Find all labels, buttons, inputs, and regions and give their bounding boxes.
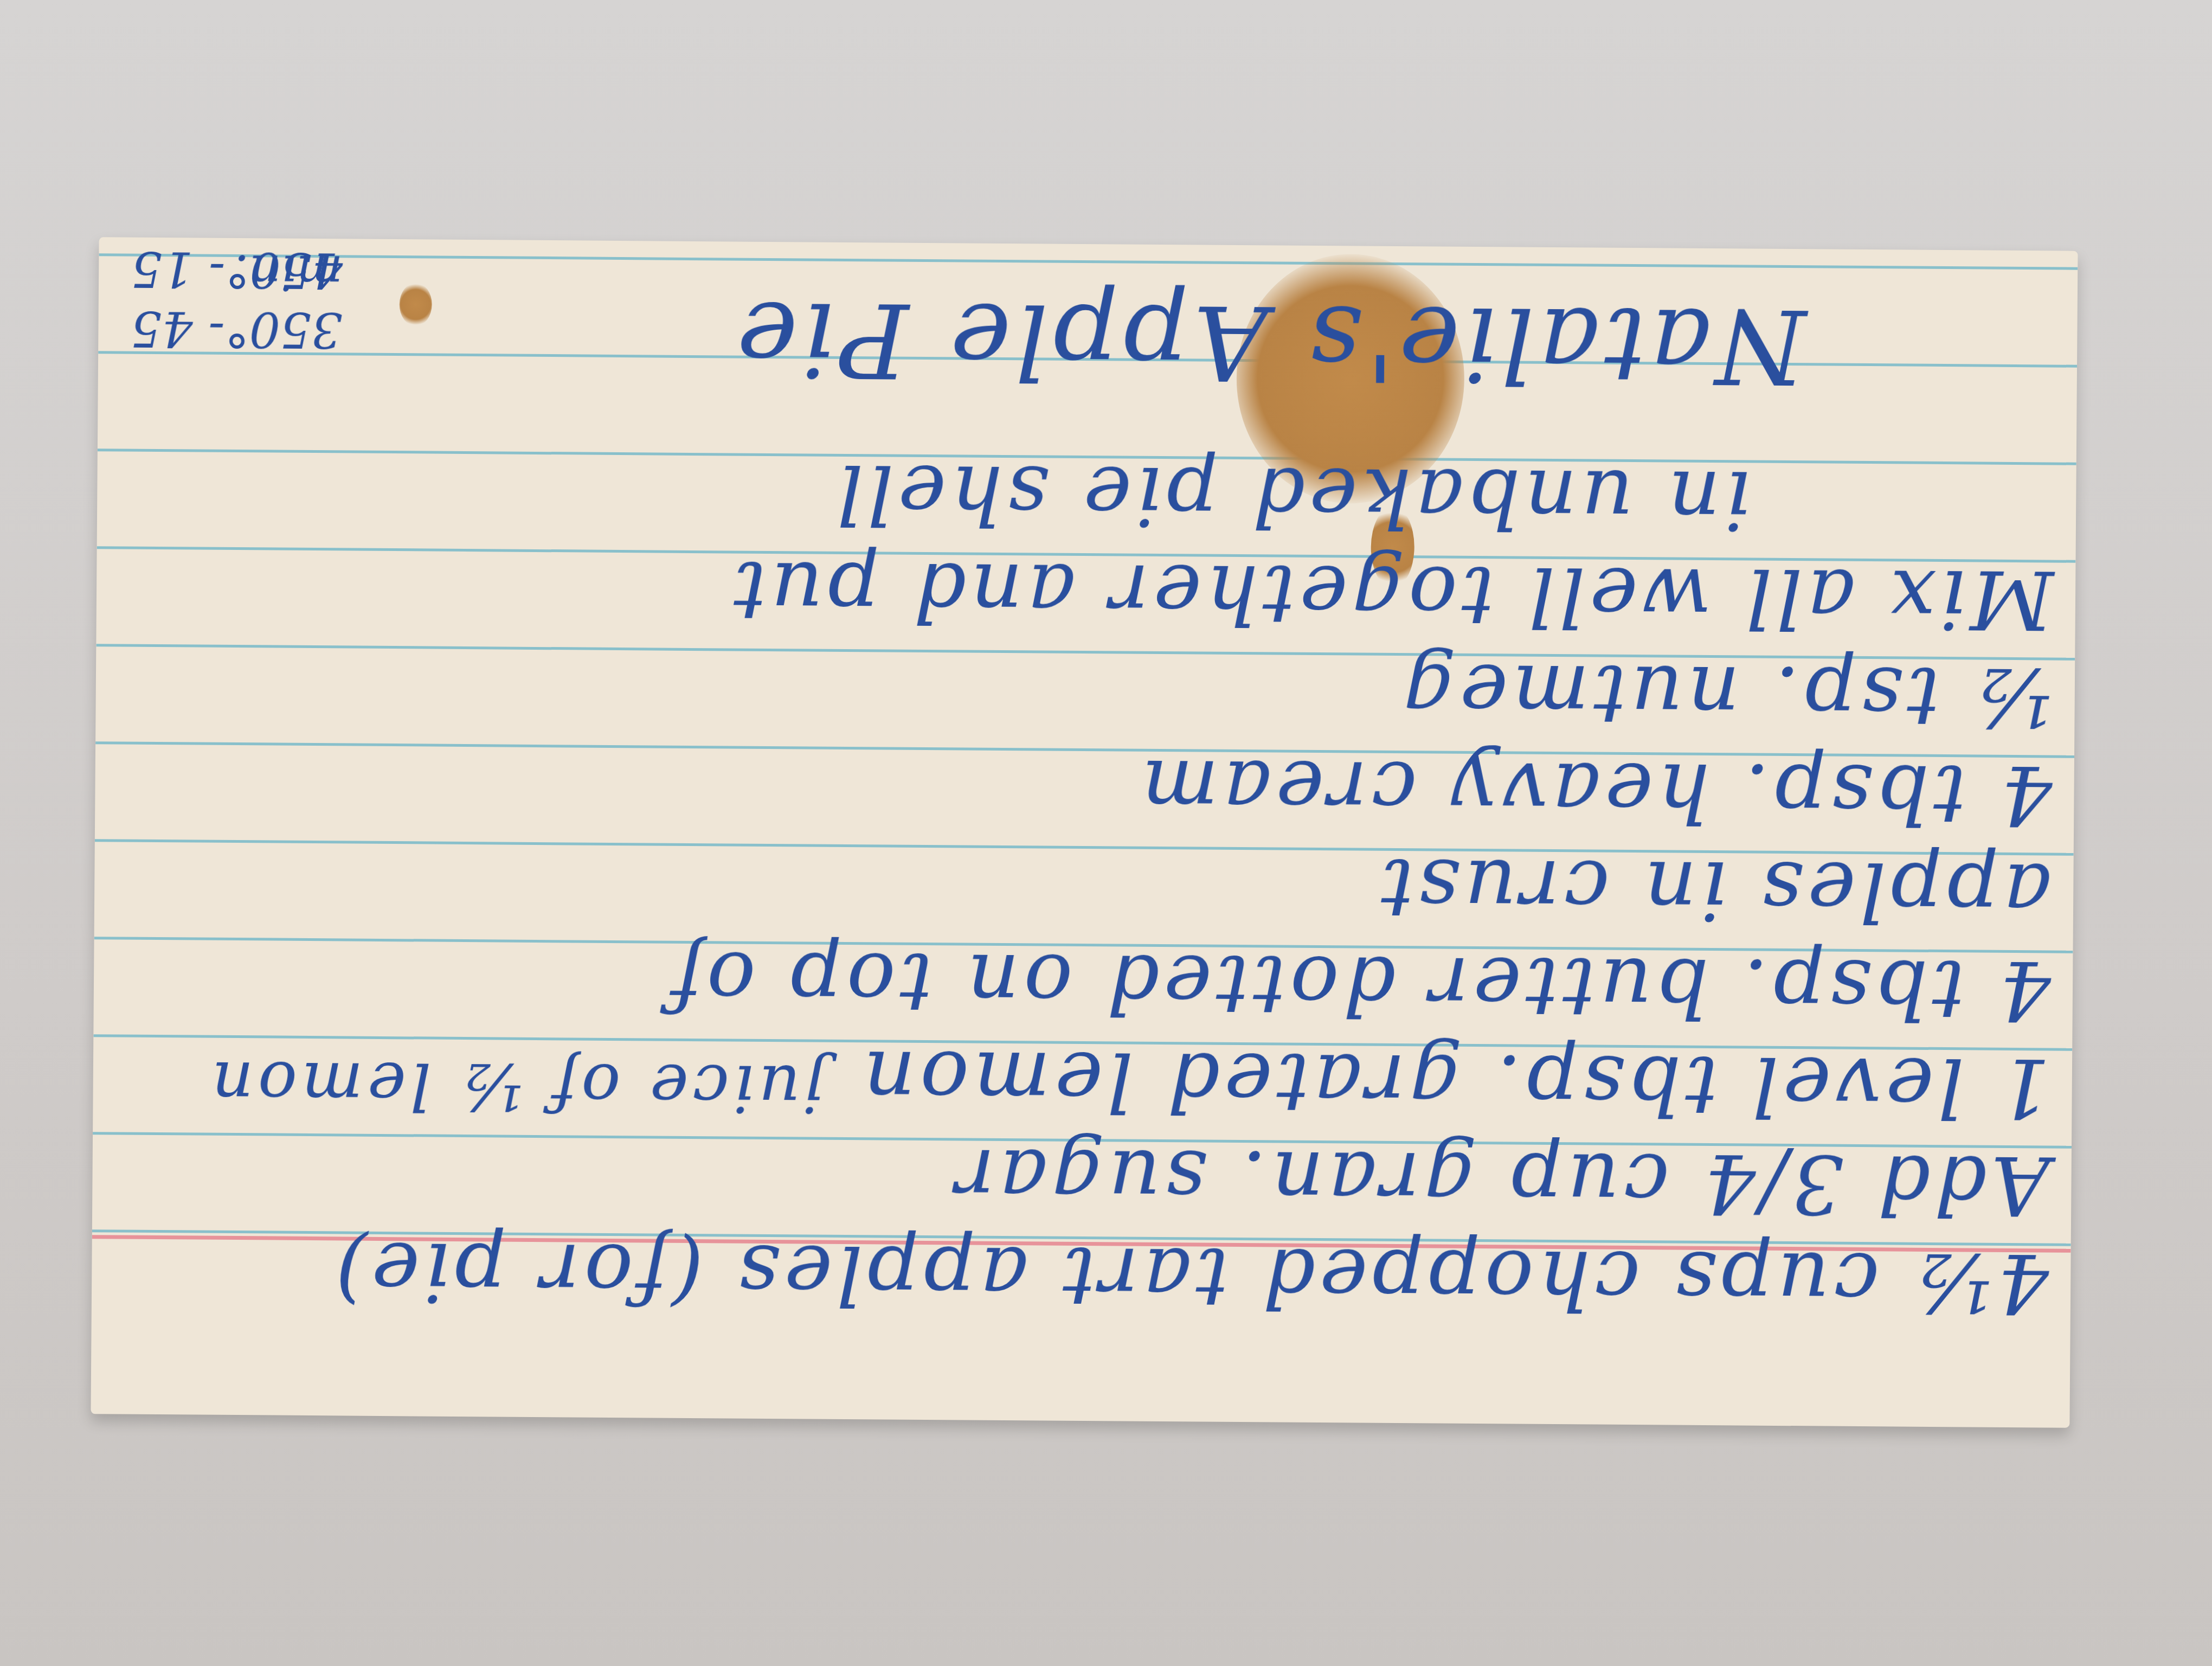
ingredient-line: Add 3/4 cup gran. sugar: [951, 1130, 2050, 1232]
ingredient-line: juice of ½ lemon: [207, 1047, 825, 1126]
ingredient-line: 4½ cups chopped tart apples (for pie): [331, 1223, 2049, 1330]
instruction-line: in unbaked pie shell: [833, 446, 1751, 547]
ingredient-line: 4 tbsp. butter dotted on top of: [667, 933, 2051, 1037]
ingredient-line: 1 level tbsp. grated lemon: [859, 1032, 2051, 1135]
upside-down-handwriting: Natalie's Apple Pie 350°- 45 min. 450°- …: [91, 237, 2078, 1427]
ingredient-line: 4 tbsp. heavy cream: [1137, 741, 2053, 842]
ingredient-line: apples in crust: [1377, 841, 2052, 940]
instruction-line: Mix all well together and put: [729, 543, 2054, 646]
bake-time-2: 450°- 15 min: [99, 237, 343, 298]
recipe-index-card: Natalie's Apple Pie 350°- 45 min. 450°- …: [91, 237, 2078, 1427]
ingredient-line: ½ tsp. nutmeg: [1399, 645, 2053, 744]
recipe-title: Natalie's Apple Pie: [732, 279, 1806, 406]
